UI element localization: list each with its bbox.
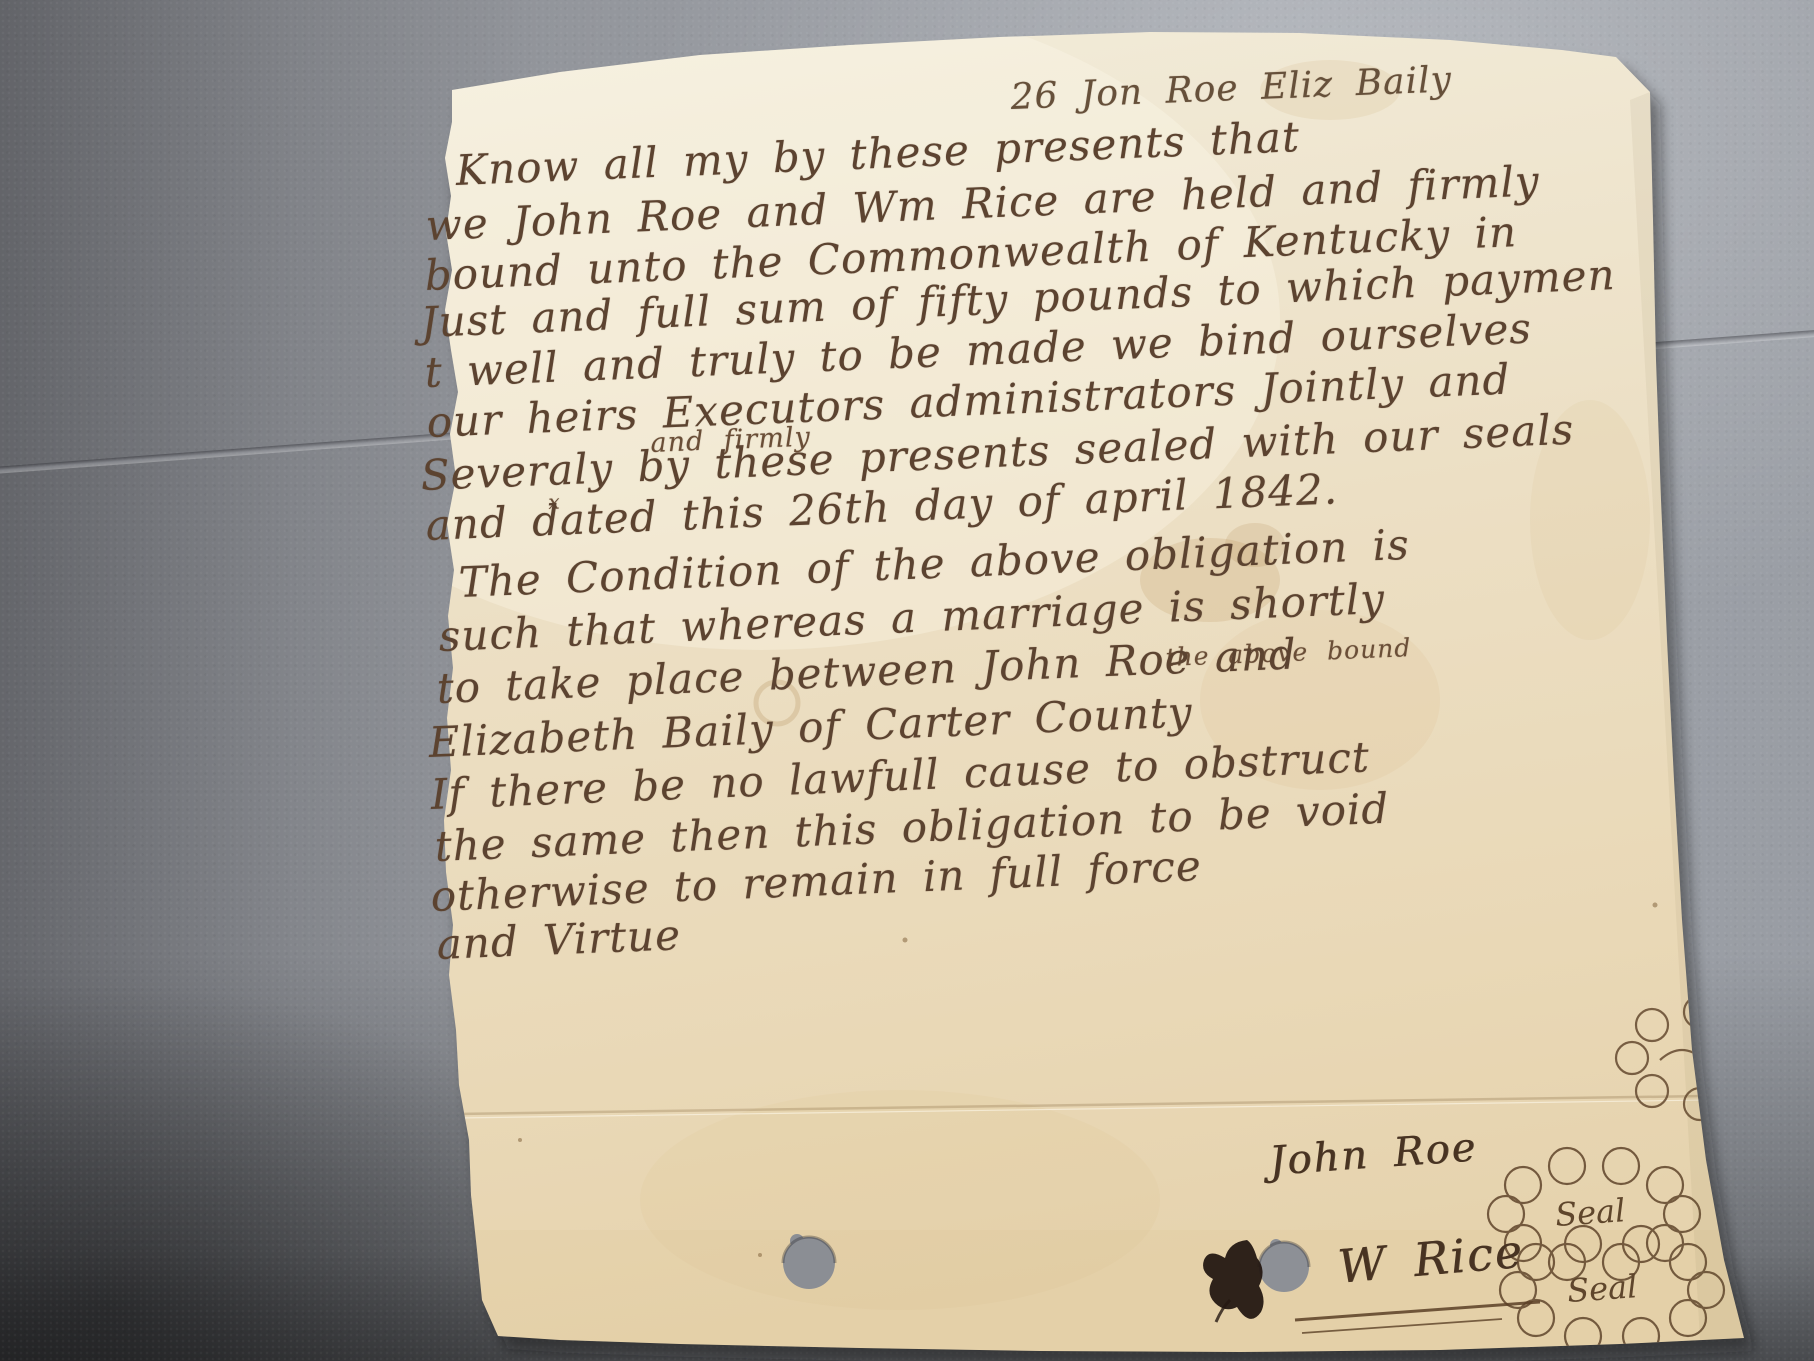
- signature-john-roe: John Roe: [1268, 1127, 1479, 1181]
- docket-note: 26 Jon Roe Eliz Baily: [1010, 62, 1453, 116]
- body-line-16: and Virtue: [436, 914, 682, 966]
- photo-of-document: Seal Seal 26 Jon Roe Eliz: [0, 0, 1814, 1361]
- handwriting-layer: 26 Jon Roe Eliz Baily Know all my by the…: [0, 0, 1814, 1361]
- signature-w-rice: W Rice: [1336, 1228, 1526, 1290]
